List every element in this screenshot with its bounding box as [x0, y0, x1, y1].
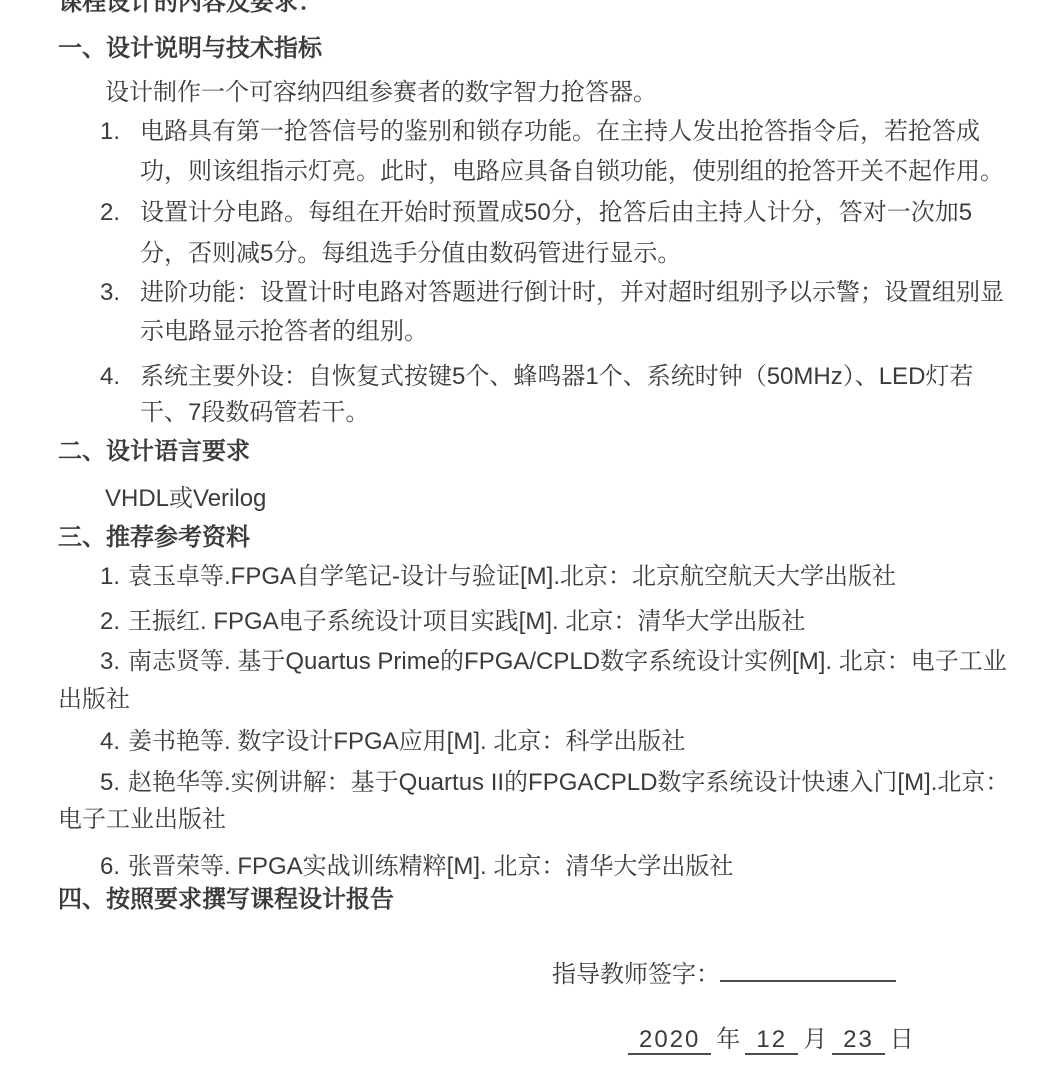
reference-number: 1.	[100, 563, 128, 591]
section1-lead: 设计制作一个可容纳四组参赛者的数字智力抢答器。	[105, 79, 657, 107]
reference-number: 3.	[100, 648, 128, 676]
reference-text: 姜书艳等. 数字设计FPGA应用[M]. 北京：科学出版社	[128, 728, 685, 755]
signature-label: 指导教师签字：	[552, 961, 720, 988]
date-month-label: 月	[803, 1026, 827, 1053]
date-month-value: 12	[745, 1027, 798, 1055]
reference-item: 3.南志贤等. 基于Quartus Prime的FPGA/CPLD数字系统设计实…	[100, 648, 1007, 676]
list-item-text: 电路具有第一抢答信号的鉴别和锁存功能。在主持人发出抢答指令后，若抢答成	[140, 118, 980, 145]
reference-number: 5.	[100, 769, 128, 797]
list-item-wrap: 功，则该组指示灯亮。此时，电路应具备自锁功能，使别组的抢答开关不起作用。	[140, 158, 1004, 186]
list-item: 1.电路具有第一抢答信号的鉴别和锁存功能。在主持人发出抢答指令后，若抢答成	[100, 118, 980, 146]
list-item-wrap: 分，否则减5分。每组选手分值由数码管进行显示。	[140, 240, 681, 268]
reference-text: 赵艳华等.实例讲解：基于Quartus II的FPGACPLD数字系统设计快速入…	[128, 769, 1009, 796]
section1-heading: 一、设计说明与技术指标	[58, 35, 322, 63]
date-day-value: 23	[832, 1027, 885, 1055]
reference-number: 4.	[100, 728, 128, 756]
reference-text: 王振红. FPGA电子系统设计项目实践[M]. 北京：清华大学出版社	[128, 608, 805, 635]
document-page: 课程设计的内容及要求： 一、设计说明与技术指标 设计制作一个可容纳四组参赛者的数…	[0, 0, 1053, 1084]
section2-heading: 二、设计语言要求	[58, 438, 250, 466]
date-year-value: 2020	[628, 1027, 711, 1055]
intro-line: 课程设计的内容及要求：	[58, 0, 322, 17]
section2-lead: VHDL或Verilog	[105, 485, 266, 513]
date-day-label: 日	[890, 1026, 914, 1053]
reference-item: 1.袁玉卓等.FPGA自学笔记-设计与验证[M].北京：北京航空航天大学出版社	[100, 563, 896, 591]
reference-number: 6.	[100, 853, 128, 881]
date-year-label: 年	[716, 1026, 740, 1053]
list-item: 3.进阶功能：设置计时电路对答题进行倒计时，并对超时组别予以示警；设置组别显	[100, 279, 1004, 307]
list-item-wrap: 干、7段数码管若干。	[140, 399, 369, 427]
section3-heading: 三、推荐参考资料	[58, 524, 250, 552]
list-item-number: 3.	[100, 279, 140, 307]
date-row: 2020年12月23日	[628, 1026, 919, 1054]
signature-row: 指导教师签字：	[552, 956, 896, 984]
list-item-number: 4.	[100, 363, 140, 391]
list-item-number: 2.	[100, 199, 140, 227]
reference-item: 5.赵艳华等.实例讲解：基于Quartus II的FPGACPLD数字系统设计快…	[100, 769, 1009, 797]
list-item-wrap: 示电路显示抢答者的组别。	[140, 318, 428, 346]
list-item: 2.设置计分电路。每组在开始时预置成50分，抢答后由主持人计分，答对一次加5	[100, 199, 972, 227]
list-item-text: 设置计分电路。每组在开始时预置成50分，抢答后由主持人计分，答对一次加5	[140, 199, 972, 226]
reference-text: 南志贤等. 基于Quartus Prime的FPGA/CPLD数字系统设计实例[…	[128, 648, 1007, 675]
reference-item: 4.姜书艳等. 数字设计FPGA应用[M]. 北京：科学出版社	[100, 728, 685, 756]
reference-item: 2.王振红. FPGA电子系统设计项目实践[M]. 北京：清华大学出版社	[100, 608, 805, 636]
list-item: 4.系统主要外设：自恢复式按键5个、蜂鸣器1个、系统时钟（50MHz）、LED灯…	[100, 363, 973, 391]
list-item-text: 系统主要外设：自恢复式按键5个、蜂鸣器1个、系统时钟（50MHz）、LED灯若	[140, 363, 973, 390]
reference-text: 袁玉卓等.FPGA自学笔记-设计与验证[M].北京：北京航空航天大学出版社	[128, 563, 896, 590]
list-item-text: 进阶功能：设置计时电路对答题进行倒计时，并对超时组别予以示警；设置组别显	[140, 279, 1004, 306]
reference-wrap: 电子工业出版社	[58, 806, 226, 834]
list-item-number: 1.	[100, 118, 140, 146]
reference-item: 6.张晋荣等. FPGA实战训练精粹[M]. 北京：清华大学出版社	[100, 853, 733, 881]
section4-heading: 四、按照要求撰写课程设计报告	[58, 886, 394, 914]
reference-wrap: 出版社	[58, 686, 130, 714]
signature-blank-line	[720, 956, 896, 982]
reference-number: 2.	[100, 608, 128, 636]
reference-text: 张晋荣等. FPGA实战训练精粹[M]. 北京：清华大学出版社	[128, 853, 733, 880]
